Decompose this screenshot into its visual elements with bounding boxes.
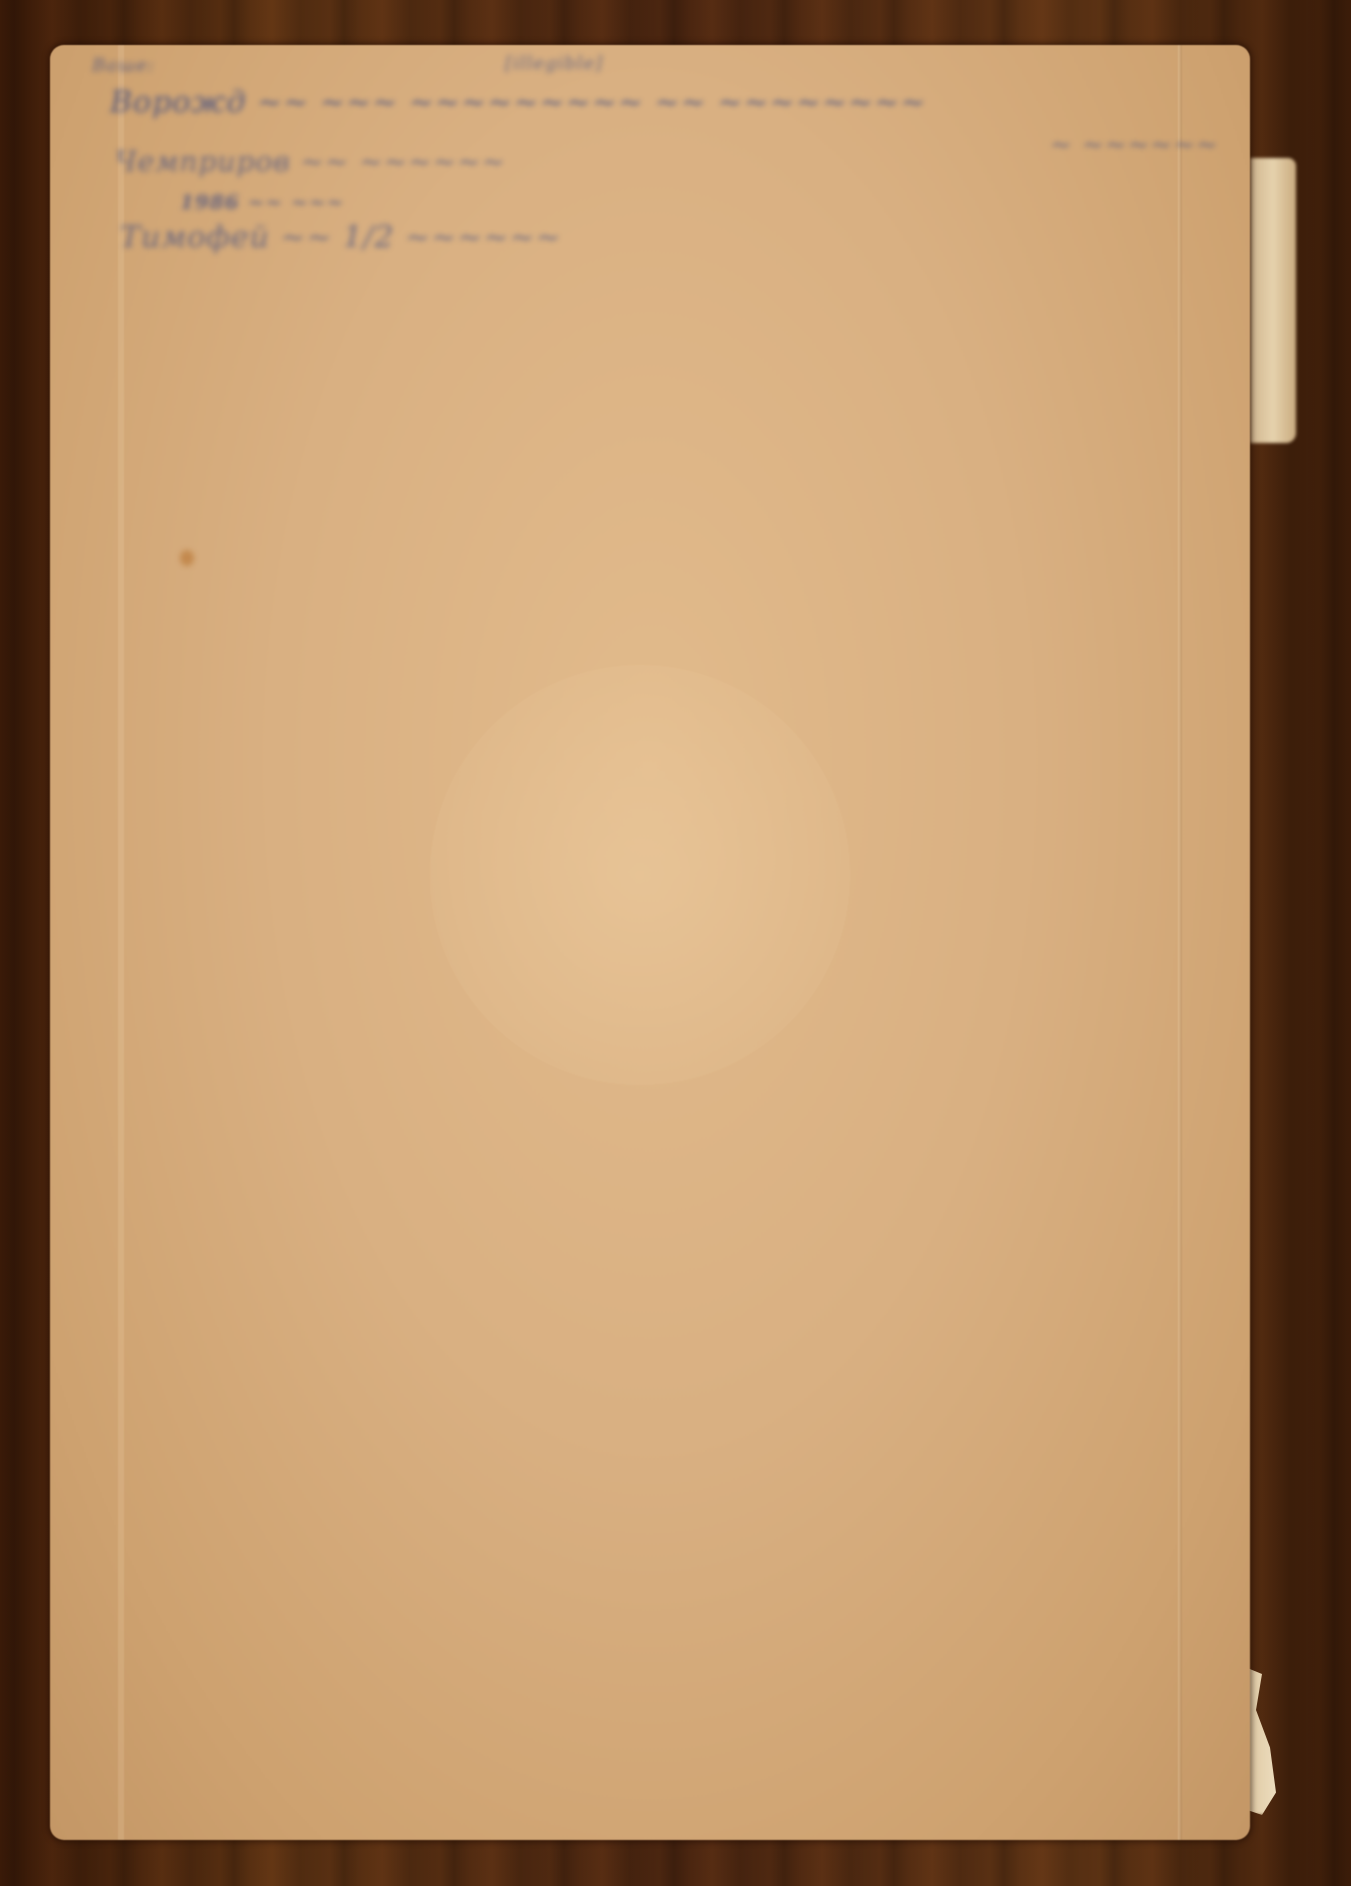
handwritten-notes: Ваше: [illegible] Ворожд ~~ ~~~ ~~~~~~~~… [50,45,1250,345]
light-glare [430,665,850,1085]
stain-spot [180,550,194,566]
handwriting-line: Чемприров ~~ ~~~~~~ [115,145,506,178]
handwriting-line: Ворожд ~~ ~~~ ~~~~~~~~~ ~~ ~~~~~~~~ [110,85,926,120]
handwriting-line: [illegible] [505,53,603,74]
handwriting-line: Тимофей ~~ 1/2 ~~~~~~ [120,220,562,255]
handwriting-line: ~ ~~~~~~ [1050,130,1219,160]
document-page: Ваше: [illegible] Ворожд ~~ ~~~ ~~~~~~~~… [50,45,1250,1840]
paper-tab [1250,158,1296,443]
handwriting-line: Ваше: [92,55,155,76]
handwriting-line: 1986 ~~ ~~~ [180,190,344,214]
